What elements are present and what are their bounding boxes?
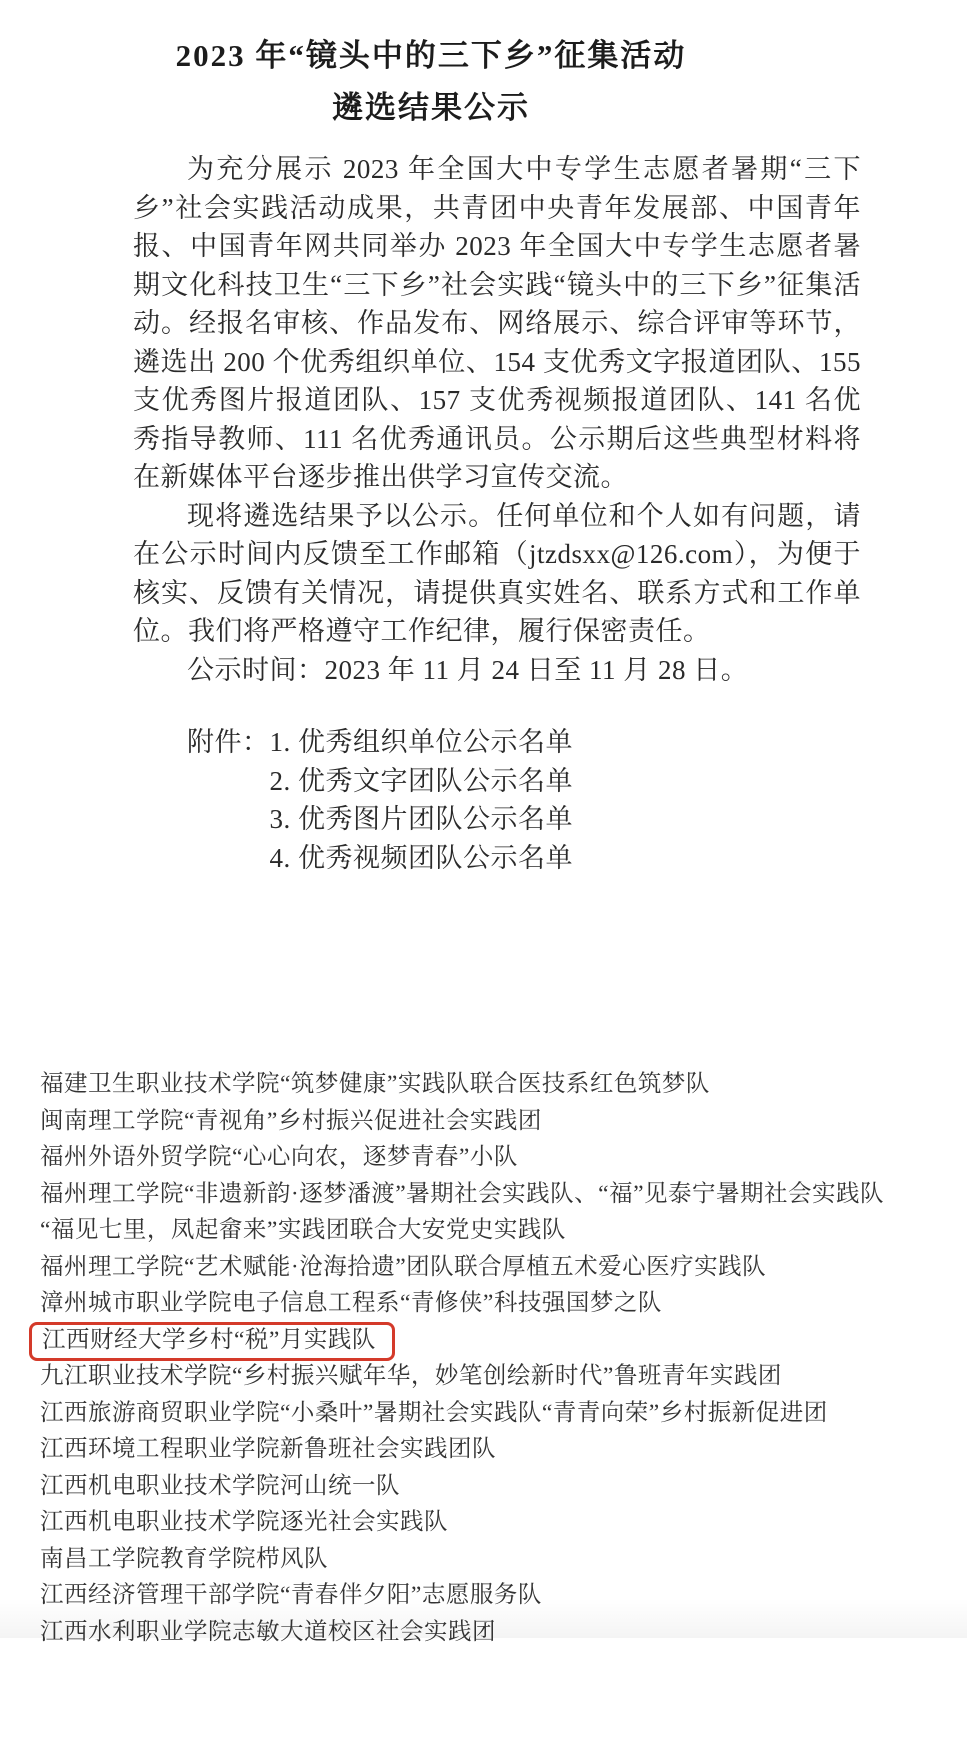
document-page: 2023 年“镜头中的三下乡”征集活动 遴选结果公示 为充分展示 2023 年全… xyxy=(0,0,967,1743)
team-list-item: 江西机电职业技术学院河山统一队 xyxy=(40,1468,962,1505)
team-list-item: 闽南理工学院“青视角”乡村振兴促进社会实践团 xyxy=(40,1103,962,1140)
paragraph-intro: 为充分展示 2023 年全国大中专学生志愿者暑期“三下乡”社会实践活动成果，共青… xyxy=(133,150,861,497)
team-list-item: 江西环境工程职业学院新鲁班社会实践团队 xyxy=(40,1431,962,1468)
document-title: 2023 年“镜头中的三下乡”征集活动 遴选结果公示 xyxy=(135,30,727,134)
team-list-item: 江西水利职业学院志敏大道校区社会实践团 xyxy=(40,1614,962,1651)
team-list-item: 江西旅游商贸职业学院“小桑叶”暑期社会实践队“青青向荣”乡村振新促进团 xyxy=(40,1395,962,1432)
attachment-item-4: 4. 优秀视频团队公示名单 xyxy=(270,839,574,878)
attachment-item-2: 2. 优秀文字团队公示名单 xyxy=(270,762,574,801)
team-list-item-highlighted: 江西财经大学乡村“税”月实践队 xyxy=(40,1322,962,1359)
attachment-item-1: 1. 优秀组织单位公示名单 xyxy=(270,723,574,762)
title-line-2: 遴选结果公示 xyxy=(135,82,727,134)
team-list-item: 南昌工学院教育学院栉风队 xyxy=(40,1541,962,1578)
document-body: 为充分展示 2023 年全国大中专学生志愿者暑期“三下乡”社会实践活动成果，共青… xyxy=(133,150,861,877)
attachment-items: 1. 优秀组织单位公示名单 2. 优秀文字团队公示名单 3. 优秀图片团队公示名… xyxy=(270,723,574,877)
attachment-item-3: 3. 优秀图片团队公示名单 xyxy=(270,800,574,839)
team-list-item: 福建卫生职业技术学院“筑梦健康”实践队联合医技系红色筑梦队 xyxy=(40,1066,962,1103)
attachment-label: 附件： xyxy=(187,723,270,877)
highlighted-team-name: 江西财经大学乡村“税”月实践队 xyxy=(42,1327,376,1353)
paragraph-feedback: 现将遴选结果予以公示。任何单位和个人如有问题，请在公示时间内反馈至工作邮箱（jt… xyxy=(133,497,861,651)
paragraph-publicity-period: 公示时间：2023 年 11 月 24 日至 11 月 28 日。 xyxy=(133,651,861,690)
team-list-item: 福州理工学院“非遗新韵·逐梦潘渡”暑期社会实践队、“福”见泰宁暑期社会实践队 xyxy=(40,1176,962,1213)
attachment-list: 附件： 1. 优秀组织单位公示名单 2. 优秀文字团队公示名单 3. 优秀图片团… xyxy=(133,723,861,877)
team-list-item: 漳州城市职业学院电子信息工程系“青修侠”科技强国梦之队 xyxy=(40,1285,962,1322)
team-list-item: 江西经济管理干部学院“青春伴夕阳”志愿服务队 xyxy=(40,1577,962,1614)
title-line-1: 2023 年“镜头中的三下乡”征集活动 xyxy=(135,30,727,82)
team-list-item: 福州外语外贸学院“心心向农，逐梦青春”小队 xyxy=(40,1139,962,1176)
highlight-annotation-box: 江西财经大学乡村“税”月实践队 xyxy=(29,1322,395,1361)
team-list-item: 福州理工学院“艺术赋能·沧海拾遗”团队联合厚植五术爱心医疗实践队 xyxy=(40,1249,962,1286)
team-list-item: 九江职业技术学院“乡村振兴赋年华，妙笔创绘新时代”鲁班青年实践团 xyxy=(40,1358,962,1395)
team-list: 福建卫生职业技术学院“筑梦健康”实践队联合医技系红色筑梦队 闽南理工学院“青视角… xyxy=(40,1066,962,1650)
team-list-item: “福见七里，凤起畲来”实践团联合大安党史实践队 xyxy=(40,1212,962,1249)
team-list-item: 江西机电职业技术学院逐光社会实践队 xyxy=(40,1504,962,1541)
